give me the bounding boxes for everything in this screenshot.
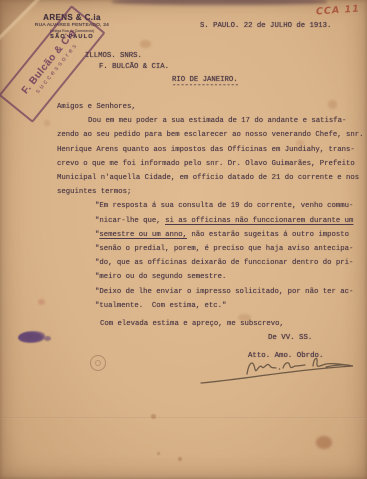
- stain: [157, 452, 160, 455]
- typed-text: Com elevada estima e apreço, me subscrev…: [100, 320, 284, 328]
- letter-line: "Deixo de lhe enviar o impresso solicita…: [95, 285, 364, 299]
- typed-text: Municipal n'aquella Cidade, em officio d…: [57, 174, 359, 182]
- stain: [140, 40, 151, 48]
- typed-text: Amigos e Senhores,: [57, 103, 136, 111]
- letter-line: Amigos e Senhores,: [57, 100, 364, 114]
- letter-body: Amigos e Senhores,Dou em meu poder a sua…: [57, 100, 364, 331]
- stain: [38, 299, 45, 305]
- typed-text: "do, que as officinas deixarão de funcci…: [95, 259, 353, 267]
- ink-blot-small: [44, 336, 51, 341]
- embossed-ring-mark: [90, 355, 106, 371]
- typed-text: crevo o que me foi informado pelo snr. D…: [57, 160, 355, 168]
- typed-text: não estarão sugeitas á outro imposto: [187, 231, 349, 239]
- letter-line: zendo ao seu pedido para bem esclarecer …: [57, 128, 364, 142]
- underlined-text: si as officinas não funccionarem durante…: [165, 217, 353, 225]
- addressee-underline: ----------------: [172, 82, 239, 90]
- letter-line: "meiro ou do segundo semestre.: [95, 270, 364, 284]
- stain: [178, 457, 182, 461]
- dateline: S. PAULO. 22 de JULHO de 1913.: [200, 22, 331, 30]
- typed-text: seguintes termos;: [57, 188, 131, 196]
- typed-text: "meiro ou do segundo semestre.: [95, 273, 226, 281]
- letter-line: Henrique Arens quanto aos impostos das O…: [57, 143, 364, 157]
- signature: [195, 350, 360, 390]
- ink-smudge: [112, 0, 327, 5]
- typed-text: "Deixo de lhe enviar o impresso solicita…: [95, 288, 353, 296]
- typed-text: "tualmente. Com estima, etc.": [95, 302, 226, 310]
- closing-sender: De VV. SS.: [268, 334, 312, 342]
- letter-line: Com elevada estima e apreço, me subscrev…: [100, 317, 364, 331]
- letter-line: "senão o predial, porem, é preciso que h…: [95, 242, 364, 256]
- addressee-heading: ILLMOS. SNRS.: [85, 52, 142, 60]
- letter-line: "semestre ou um anno, não estarão sugeit…: [95, 228, 364, 242]
- typed-text: "nicar-lhe que,: [95, 217, 165, 225]
- letter-line: "tualmente. Com estima, etc.": [95, 299, 364, 313]
- underlined-text: semestre ou um anno,: [99, 231, 187, 239]
- letter-line: Dou em meu poder a sua estimada de 17 do…: [88, 114, 364, 128]
- addressee-company: F. BULCÃO & CIA.: [99, 63, 169, 71]
- ink-blot: [18, 331, 45, 343]
- archival-code: CCA 11: [316, 3, 360, 17]
- typed-text: Henrique Arens quanto aos impostos das O…: [57, 146, 355, 154]
- typed-text: Dou em meu poder a sua estimada de 17 do…: [88, 117, 346, 125]
- letter-line: "do, que as officinas deixarão de funcci…: [95, 256, 364, 270]
- letter-line: seguintes termos;: [57, 185, 364, 199]
- letter-line: "Em resposta á sua consulta de 19 do cor…: [95, 199, 364, 213]
- letter-page: ARENS & C.ia RUA ALVARES PENTEADO, 24 (A…: [0, 0, 367, 479]
- letter-line: Municipal n'aquella Cidade, em officio d…: [57, 171, 364, 185]
- fold-crease: [0, 417, 367, 419]
- letter-line: crevo o que me foi informado pelo snr. D…: [57, 157, 364, 171]
- stain: [316, 436, 332, 449]
- typed-text: zendo ao seu pedido para bem esclarecer …: [57, 131, 364, 139]
- typed-text: "Em resposta á sua consulta de 19 do cor…: [95, 202, 353, 210]
- stain: [44, 120, 50, 126]
- letter-line: "nicar-lhe que, si as officinas não func…: [95, 214, 364, 228]
- typed-text: "senão o predial, porem, é preciso que h…: [95, 245, 353, 253]
